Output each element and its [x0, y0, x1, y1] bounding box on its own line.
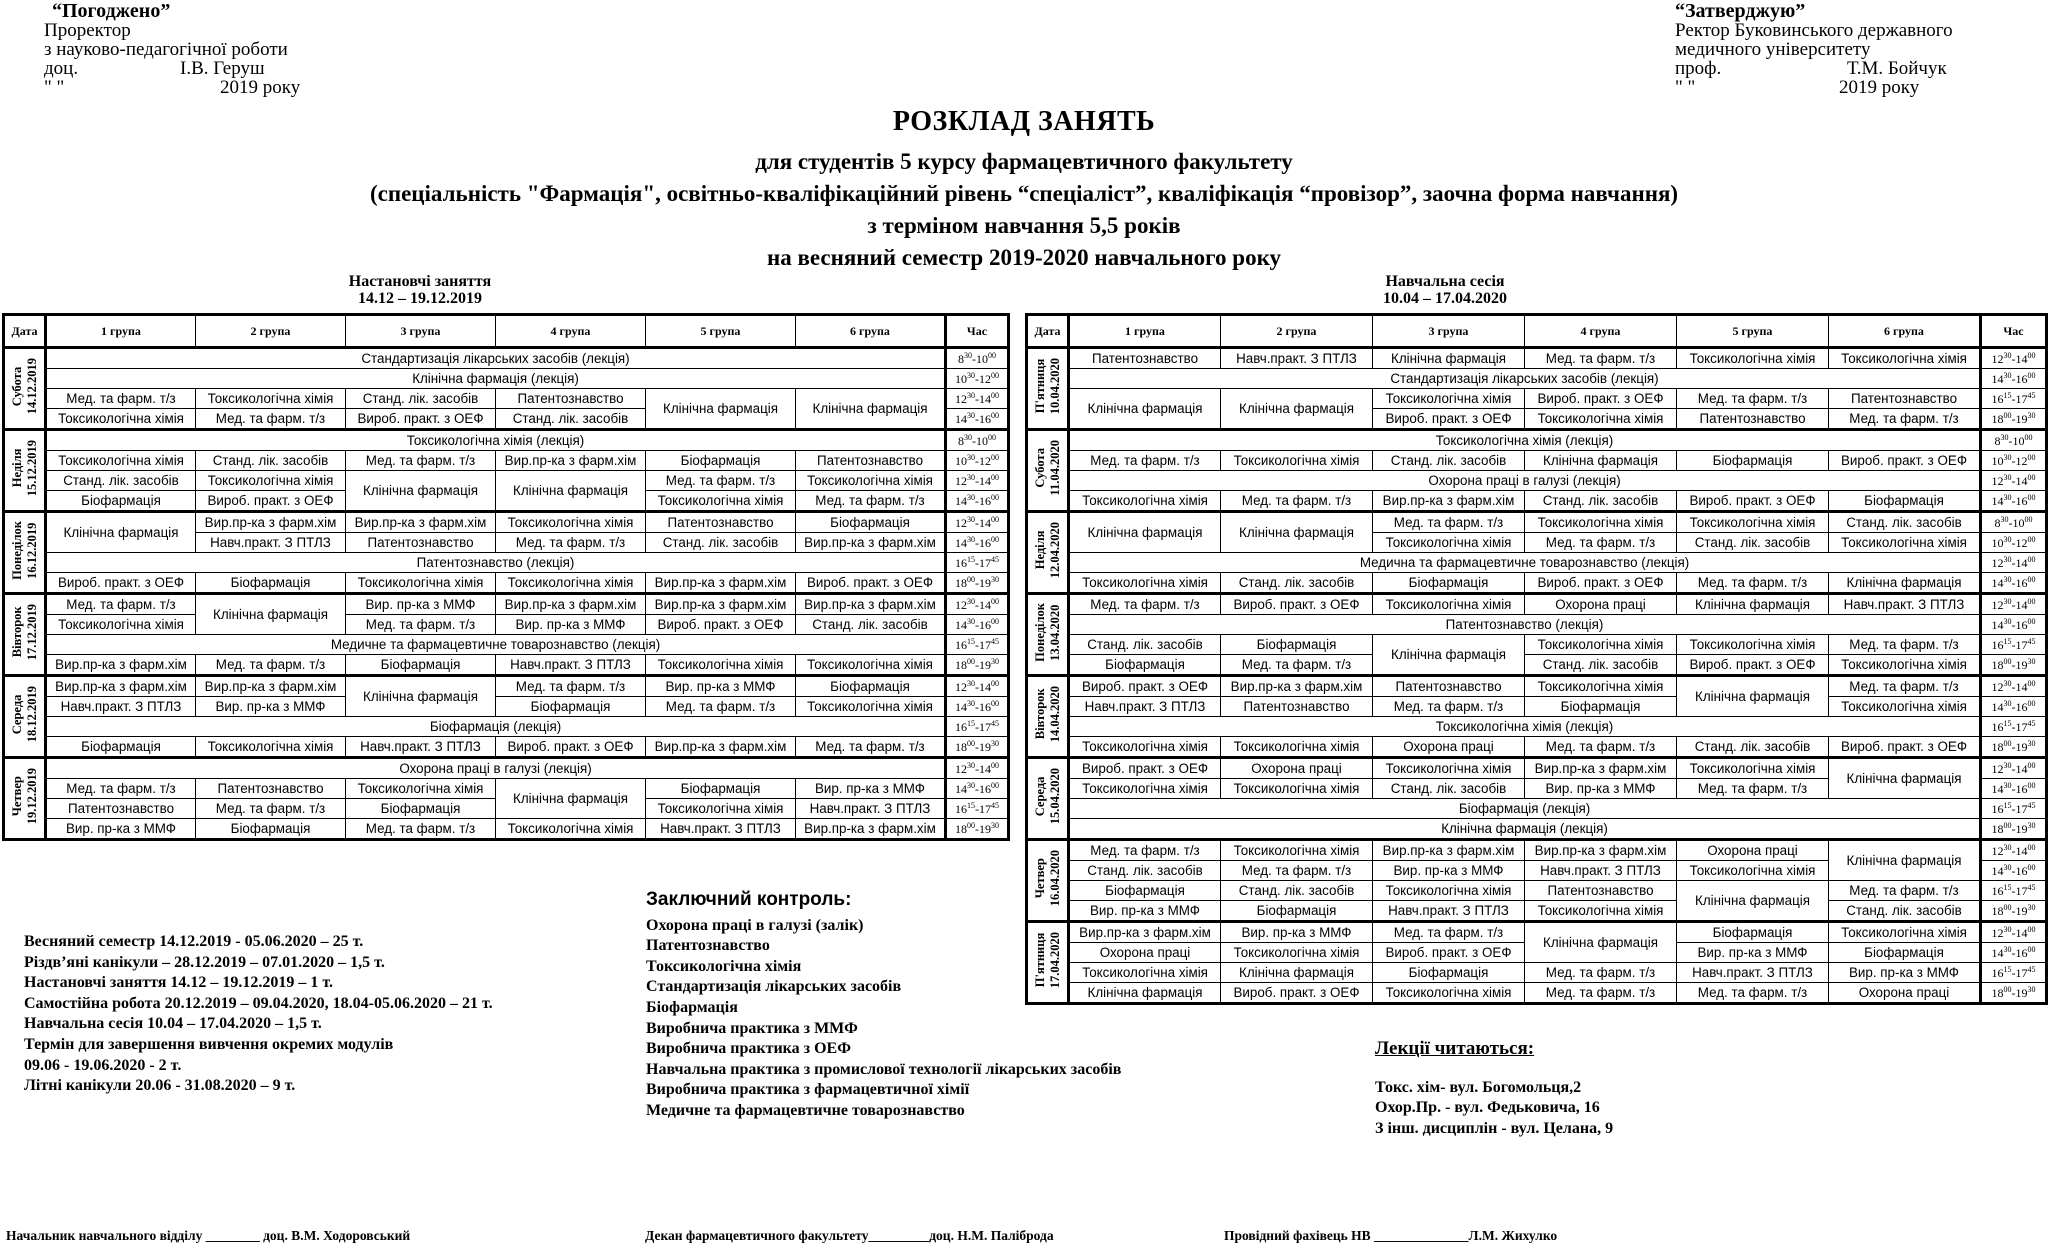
- class-cell: Мед. та фарм. т/з: [1829, 881, 1981, 901]
- day-date-cell: Неділя15.12.2019: [4, 430, 46, 512]
- class-cell: Патентознавство: [1373, 676, 1525, 697]
- class-cell: Вир. пр-ка з ММФ: [796, 779, 946, 799]
- table-row: Вир. пр-ка з ММФБіофармаціяНавч.практ. З…: [1027, 901, 2047, 922]
- class-cell: Станд. лік. засобів: [346, 389, 496, 409]
- lecture-locations-title: Лекції читаються:: [1375, 1039, 1613, 1060]
- class-cell: Навч.практ. З ПТЛЗ: [46, 697, 196, 717]
- class-cell: Вир. пр-ка з ММФ: [1829, 963, 1981, 983]
- class-cell: Мед. та фарм. т/з: [1525, 348, 1677, 369]
- approval-block-left: “Погоджено” Проректор з науково-педагогі…: [44, 2, 300, 97]
- class-cell: Навч.практ. З ПТЛЗ: [346, 737, 496, 758]
- time-cell: 1615-1745: [1981, 389, 2047, 409]
- schedule-name: Навчальна сесія: [1345, 273, 1545, 290]
- class-cell: Токсикологічна хімія: [1677, 635, 1829, 655]
- class-cell: Біофармація: [796, 512, 946, 533]
- table-row: Середа18.12.2019Вир.пр-ка з фарм.хімВир.…: [4, 676, 1009, 697]
- class-cell: Токсикологічна хімія: [796, 471, 946, 491]
- class-cell: Мед. та фарм. т/з: [1525, 737, 1677, 758]
- table-row: Навч.практ. З ПТЛЗВир. пр-ка з ММФБіофар…: [4, 697, 1009, 717]
- day-label: Понеділок16.12.2019: [10, 521, 40, 580]
- time-cell: 1430-1600: [1981, 615, 2047, 635]
- class-cell: Токсикологічна хімія: [1829, 655, 1981, 676]
- class-cell: Мед. та фарм. т/з: [196, 655, 346, 676]
- class-cell: Охорона праці: [1525, 594, 1677, 615]
- class-cell: Вироб. практ. з ОЕФ: [346, 409, 496, 430]
- summary-line: Самостійна робота 20.12.2019 – 09.04.202…: [24, 994, 493, 1015]
- class-cell: Клінічна фармація: [646, 389, 796, 430]
- class-cell: Клінічна фармація: [1221, 512, 1373, 553]
- class-cell: Вир. пр-ка з ММФ: [196, 697, 346, 717]
- class-cell: Вир.пр-ка з фарм.хім: [46, 655, 196, 676]
- class-cell: Навч.практ. З ПТЛЗ: [1677, 963, 1829, 983]
- table-row: Токсикологічна хіміяСтанд. лік. засобівБ…: [1027, 573, 2047, 594]
- class-cell: Вир.пр-ка з фарм.хім: [1525, 758, 1677, 779]
- approval-left-date: " ": [44, 78, 220, 97]
- class-cell: Вир.пр-ка з фарм.хім: [196, 676, 346, 697]
- class-cell: Мед. та фарм. т/з: [346, 615, 496, 635]
- lecture-cell: Охорона праці в галузі (лекція): [46, 758, 946, 779]
- time-cell: 1230-1400: [1981, 471, 2047, 491]
- class-cell: Токсикологічна хімія: [646, 491, 796, 512]
- signature-specialist: Провідний фахівець НВ ______________Л.М.…: [1224, 1228, 1557, 1244]
- class-cell: Мед. та фарм. т/з: [646, 697, 796, 717]
- time-cell: 830-1000: [946, 348, 1009, 369]
- table-row: Станд. лік. засобівТоксикологічна хіміяК…: [4, 471, 1009, 491]
- class-cell: Вир.пр-ка з фарм.хім: [346, 512, 496, 533]
- class-cell: Вироб. практ. з ОЕФ: [1525, 389, 1677, 409]
- class-cell: Станд. лік. засобів: [796, 615, 946, 635]
- class-cell: Навч.практ. З ПТЛЗ: [496, 655, 646, 676]
- table-row: Мед. та фарм. т/зПатентознавствоТоксикол…: [4, 779, 1009, 799]
- class-cell: Станд. лік. засобів: [1677, 737, 1829, 758]
- class-cell: Токсикологічна хімія: [1829, 348, 1981, 369]
- class-cell: Станд. лік. засобів: [1373, 451, 1525, 471]
- class-cell: Біофармація: [796, 676, 946, 697]
- class-cell: Вир.пр-ка з фарм.хім: [46, 676, 196, 697]
- signature-head-of-dept: Начальник навчального відділу ________ д…: [6, 1228, 410, 1244]
- class-cell: Біофармація: [1677, 922, 1829, 943]
- approval-right-rank: проф.: [1675, 59, 1847, 78]
- class-cell: Токсикологічна хімія: [1829, 922, 1981, 943]
- class-cell: Навч.практ. З ПТЛЗ: [796, 799, 946, 819]
- table-row: Біофармація (лекція)1615-1745: [4, 717, 1009, 737]
- table-row: Медичне та фармацевтичне товарознавство …: [4, 635, 1009, 655]
- day-date-cell: Середа18.12.2019: [4, 676, 46, 758]
- lecture-cell: Токсикологічна хімія (лекція): [46, 430, 946, 451]
- day-label: Середа15.04.2020: [1033, 768, 1063, 824]
- class-cell: Станд. лік. засобів: [46, 471, 196, 491]
- day-date-cell: Вівторок14.04.2020: [1027, 676, 1069, 758]
- class-cell: Клінічна фармація: [1069, 512, 1221, 553]
- class-cell: Вир. пр-ка з ММФ: [346, 594, 496, 615]
- column-header: Час: [946, 315, 1009, 348]
- approval-left-line: з науково-педагогічної роботи: [44, 40, 300, 59]
- day-date-cell: Субота14.12.2019: [4, 348, 46, 430]
- time-cell: 1230-1400: [946, 594, 1009, 615]
- class-cell: Навч.практ. З ПТЛЗ: [1069, 697, 1221, 717]
- class-cell: Токсикологічна хімія: [1373, 533, 1525, 553]
- class-cell: Біофармація: [1221, 901, 1373, 922]
- final-control-item: Навчальна практика з промислової техноло…: [646, 1060, 1121, 1081]
- time-cell: 1230-1400: [946, 512, 1009, 533]
- day-label: Вівторок17.12.2019: [10, 604, 40, 660]
- class-cell: Навч.практ. З ПТЛЗ: [1373, 901, 1525, 922]
- class-cell: Станд. лік. засобів: [1525, 655, 1677, 676]
- time-cell: 1030-1200: [946, 451, 1009, 471]
- subtitle-line: для студентів 5 курсу фармацевтичного фа…: [0, 146, 2048, 178]
- time-cell: 1430-1600: [1981, 491, 2047, 512]
- approval-right-name: Т.М. Бойчук: [1847, 59, 1947, 78]
- approval-right-date: " ": [1675, 78, 1839, 97]
- table-row: П'ятниця17.04.2020Вир.пр-ка з фарм.хімВи…: [1027, 922, 2047, 943]
- class-cell: Охорона праці: [1677, 840, 1829, 861]
- class-cell: Вир.пр-ка з фарм.хім: [496, 451, 646, 471]
- class-cell: Патентознавство: [646, 512, 796, 533]
- class-cell: Токсикологічна хімія: [496, 573, 646, 594]
- time-cell: 1430-1600: [946, 779, 1009, 799]
- class-cell: Біофармація: [346, 655, 496, 676]
- class-cell: Мед. та фарм. т/з: [1069, 840, 1221, 861]
- time-cell: 1800-1930: [1981, 737, 2047, 758]
- class-cell: Вир.пр-ка з фарм.хім: [796, 819, 946, 840]
- class-cell: Клінічна фармація: [1525, 451, 1677, 471]
- class-cell: Вироб. практ. з ОЕФ: [796, 573, 946, 594]
- class-cell: Токсикологічна хімія: [1525, 901, 1677, 922]
- column-header: 3 група: [1373, 315, 1525, 348]
- approval-right-title: “Затверджую”: [1675, 2, 1953, 21]
- column-header: Дата: [4, 315, 46, 348]
- time-cell: 1615-1745: [946, 717, 1009, 737]
- table-row: Вівторок17.12.2019Мед. та фарм. т/зКліні…: [4, 594, 1009, 615]
- table-row: Токсикологічна хіміяКлінічна фармаціяБіо…: [1027, 963, 2047, 983]
- class-cell: Мед. та фарм. т/з: [1829, 635, 1981, 655]
- class-cell: Вироб. практ. з ОЕФ: [1069, 758, 1221, 779]
- class-cell: Біофармація: [1829, 491, 1981, 512]
- lecture-location: Токс. хім- вул. Богомольця,2: [1375, 1078, 1613, 1099]
- time-cell: 1615-1745: [1981, 881, 2047, 901]
- time-cell: 1615-1745: [1981, 717, 2047, 737]
- table-row: Токсикологічна хіміяТоксикологічна хімія…: [1027, 737, 2047, 758]
- time-cell: 1430-1600: [1981, 369, 2047, 389]
- time-cell: 1430-1600: [946, 697, 1009, 717]
- class-cell: Біофармація: [646, 451, 796, 471]
- class-cell: Мед. та фарм. т/з: [1069, 451, 1221, 471]
- approval-right-line: медичного університету: [1675, 40, 1953, 59]
- schedule-period: 10.04 – 17.04.2020: [1345, 290, 1545, 307]
- class-cell: Біофармація: [1677, 451, 1829, 471]
- class-cell: Станд. лік. засобів: [496, 409, 646, 430]
- time-cell: 1430-1600: [1981, 779, 2047, 799]
- table-row: Клінічна фармація (лекція)1030-1200: [4, 369, 1009, 389]
- class-cell: Біофармація: [46, 737, 196, 758]
- class-cell: Мед. та фарм. т/з: [46, 779, 196, 799]
- class-cell: Патентознавство: [1069, 348, 1221, 369]
- class-cell: Станд. лік. засобів: [1525, 491, 1677, 512]
- table-row: БіофармаціяТоксикологічна хіміяНавч.прак…: [4, 737, 1009, 758]
- class-cell: Токсикологічна хімія: [196, 737, 346, 758]
- class-cell: Токсикологічна хімія: [1221, 737, 1373, 758]
- time-cell: 830-1000: [1981, 512, 2047, 533]
- class-cell: Охорона праці: [1221, 758, 1373, 779]
- time-cell: 1030-1200: [1981, 533, 2047, 553]
- final-control-item: Виробнича практика з фармацевтичної хімі…: [646, 1080, 1121, 1101]
- class-cell: Мед. та фарм. т/з: [46, 389, 196, 409]
- lecture-cell: Біофармація (лекція): [46, 717, 946, 737]
- class-cell: Токсикологічна хімія: [646, 655, 796, 676]
- class-cell: Вир. пр-ка з ММФ: [1677, 943, 1829, 963]
- class-cell: Біофармація: [46, 491, 196, 512]
- class-cell: Патентознавство: [1677, 409, 1829, 430]
- final-control-title: Заключний контроль:: [646, 890, 1121, 911]
- class-cell: Токсикологічна хімія: [1373, 881, 1525, 901]
- class-cell: Токсикологічна хімія: [1525, 676, 1677, 697]
- class-cell: Токсикологічна хімія: [1829, 697, 1981, 717]
- time-cell: 1800-1930: [1981, 655, 2047, 676]
- class-cell: Вир.пр-ка з фарм.хім: [796, 533, 946, 553]
- time-cell: 1430-1600: [1981, 573, 2047, 594]
- final-control-item: Стандартизація лікарських засобів: [646, 977, 1121, 998]
- time-cell: 1615-1745: [946, 553, 1009, 573]
- class-cell: Вир.пр-ка з фарм.хім: [1221, 676, 1373, 697]
- header-row: Дата1 група2 група3 група4 група5 група6…: [4, 315, 1009, 348]
- day-label: Четвер19.12.2019: [10, 768, 40, 824]
- schedule-period: 14.12 – 19.12.2019: [320, 290, 520, 307]
- class-cell: Клінічна фармація: [1677, 881, 1829, 922]
- class-cell: Клінічна фармація: [1069, 389, 1221, 430]
- time-cell: 1800-1930: [946, 737, 1009, 758]
- time-cell: 1230-1400: [1981, 922, 2047, 943]
- column-header: 5 група: [1677, 315, 1829, 348]
- class-cell: Клінічна фармація: [1221, 389, 1373, 430]
- class-cell: Патентознавство: [1221, 697, 1373, 717]
- class-cell: Вир.пр-ка з фарм.хім: [1525, 840, 1677, 861]
- time-cell: 1430-1600: [946, 615, 1009, 635]
- class-cell: Станд. лік. засобів: [1677, 533, 1829, 553]
- table-row: Субота14.12.2019Стандартизація лікарськи…: [4, 348, 1009, 369]
- table-row: Токсикологічна хіміяМед. та фарм. т/зВир…: [4, 615, 1009, 635]
- class-cell: Токсикологічна хімія: [1373, 983, 1525, 1004]
- table-row: БіофармаціяМед. та фарм. т/зСтанд. лік. …: [1027, 655, 2047, 676]
- class-cell: Клінічна фармація: [496, 779, 646, 819]
- lecture-cell: Медичне та фармацевтичне товарознавство …: [46, 635, 946, 655]
- table-row: Медична та фармацевтичне товарознавство …: [1027, 553, 2047, 573]
- day-date-cell: Четвер19.12.2019: [4, 758, 46, 840]
- approval-left-line: Проректор: [44, 21, 300, 40]
- time-cell: 1030-1200: [946, 369, 1009, 389]
- lecture-cell: Стандартизація лікарських засобів (лекці…: [1069, 369, 1981, 389]
- class-cell: Мед. та фарм. т/з: [1373, 512, 1525, 533]
- class-cell: Біофармація: [496, 697, 646, 717]
- time-cell: 1430-1600: [946, 491, 1009, 512]
- day-label: Субота14.12.2019: [10, 358, 40, 414]
- table-row: Середа15.04.2020Вироб. практ. з ОЕФОхоро…: [1027, 758, 2047, 779]
- time-cell: 1800-1930: [946, 819, 1009, 840]
- schedule-heading-induction: Настановчі заняття 14.12 – 19.12.2019: [320, 273, 520, 307]
- schedule-table-session: Дата1 група2 група3 група4 група5 група6…: [1025, 313, 2048, 1005]
- class-cell: Токсикологічна хімія: [1069, 491, 1221, 512]
- table-row: Клінічна фармаціяКлінічна фармаціяТоксик…: [1027, 389, 2047, 409]
- class-cell: Станд. лік. засобів: [1221, 573, 1373, 594]
- class-cell: Токсикологічна хімія: [1525, 409, 1677, 430]
- time-cell: 1800-1930: [946, 573, 1009, 594]
- class-cell: Токсикологічна хімія: [1525, 512, 1677, 533]
- time-cell: 1230-1400: [1981, 758, 2047, 779]
- table-row: Токсикологічна хіміяМед. та фарм. т/зВир…: [1027, 491, 2047, 512]
- class-cell: Токсикологічна хімія: [1677, 861, 1829, 881]
- approval-left-title: “Погоджено”: [52, 2, 300, 21]
- approval-left-rank: доц.: [44, 59, 180, 78]
- class-cell: Навч.практ. З ПТЛЗ: [646, 819, 796, 840]
- class-cell: Станд. лік. засобів: [646, 533, 796, 553]
- approval-left-name: І.В. Геруш: [180, 59, 265, 78]
- table-row: Патентознавство (лекція)1615-1745: [4, 553, 1009, 573]
- table-row: Вир. пр-ка з ММФБіофармаціяМед. та фарм.…: [4, 819, 1009, 840]
- class-cell: Токсикологічна хімія: [1069, 737, 1221, 758]
- subtitle-line: (спеціальність "Фармація", освітньо-квал…: [0, 178, 2048, 210]
- class-cell: Охорона праці: [1829, 983, 1981, 1004]
- class-cell: Станд. лік. засобів: [1373, 779, 1525, 799]
- class-cell: Вир.пр-ка з фарм.хім: [646, 573, 796, 594]
- class-cell: Токсикологічна хімія: [196, 471, 346, 491]
- class-cell: Вироб. практ. з ОЕФ: [1373, 409, 1525, 430]
- class-cell: Мед. та фарм. т/з: [496, 676, 646, 697]
- lecture-cell: Клінічна фармація (лекція): [46, 369, 946, 389]
- class-cell: Патентознавство: [796, 451, 946, 471]
- column-header: 5 група: [646, 315, 796, 348]
- time-cell: 1800-1930: [946, 655, 1009, 676]
- class-cell: Токсикологічна хімія: [346, 779, 496, 799]
- class-cell: Токсикологічна хімія: [346, 573, 496, 594]
- day-date-cell: Неділя12.04.2020: [1027, 512, 1069, 594]
- table-row: Неділя12.04.2020Клінічна фармаціяКлінічн…: [1027, 512, 2047, 533]
- class-cell: Токсикологічна хімія: [46, 615, 196, 635]
- class-cell: Станд. лік. засобів: [1829, 901, 1981, 922]
- class-cell: Токсикологічна хімія: [1373, 389, 1525, 409]
- table-row: Мед. та фарм. т/зТоксикологічна хіміяСта…: [4, 389, 1009, 409]
- day-label: Субота11.04.2020: [1033, 440, 1063, 496]
- column-header: 6 група: [1829, 315, 1981, 348]
- class-cell: Мед. та фарм. т/з: [796, 737, 946, 758]
- class-cell: Клінічна фармація: [496, 471, 646, 512]
- class-cell: Вир. пр-ка з ММФ: [1525, 779, 1677, 799]
- class-cell: Вир.пр-ка з фарм.хім: [196, 512, 346, 533]
- class-cell: Токсикологічна хімія: [1221, 451, 1373, 471]
- class-cell: Клінічна фармація: [1221, 963, 1373, 983]
- class-cell: Мед. та фарм. т/з: [346, 819, 496, 840]
- lecture-cell: Медична та фармацевтичне товарознавство …: [1069, 553, 1981, 573]
- table-row: Клінічна фармація (лекція)1800-1930: [1027, 819, 2047, 840]
- time-cell: 1615-1745: [946, 635, 1009, 655]
- class-cell: Патентознавство: [196, 779, 346, 799]
- table-row: БіофармаціяСтанд. лік. засобівТоксиколог…: [1027, 881, 2047, 901]
- day-date-cell: Понеділок13.04.2020: [1027, 594, 1069, 676]
- class-cell: Вир. пр-ка з ММФ: [646, 676, 796, 697]
- class-cell: Токсикологічна хімія: [1525, 635, 1677, 655]
- time-cell: 1615-1745: [946, 799, 1009, 819]
- class-cell: Токсикологічна хімія: [1069, 779, 1221, 799]
- time-cell: 1230-1400: [946, 389, 1009, 409]
- summary-line: Термін для завершення вивчення окремих м…: [24, 1035, 493, 1056]
- class-cell: Мед. та фарм. т/з: [1221, 491, 1373, 512]
- class-cell: Вироб. практ. з ОЕФ: [1221, 594, 1373, 615]
- lecture-cell: Токсикологічна хімія (лекція): [1069, 717, 1981, 737]
- class-cell: Мед. та фарм. т/з: [46, 594, 196, 615]
- lecture-cell: Патентознавство (лекція): [46, 553, 946, 573]
- lecture-location: З інш. дисциплін - вул. Целана, 9: [1375, 1119, 1613, 1140]
- class-cell: Клінічна фармація: [1829, 840, 1981, 881]
- class-cell: Токсикологічна хімія: [196, 389, 346, 409]
- table-row: Понеділок16.12.2019Клінічна фармаціяВир.…: [4, 512, 1009, 533]
- table-row: Біофармація (лекція)1615-1745: [1027, 799, 2047, 819]
- class-cell: Мед. та фарм. т/з: [1373, 697, 1525, 717]
- column-header: Час: [1981, 315, 2047, 348]
- lecture-cell: Стандартизація лікарських засобів (лекці…: [46, 348, 946, 369]
- class-cell: Вироб. практ. з ОЕФ: [1221, 983, 1373, 1004]
- table-row: Стандартизація лікарських засобів (лекці…: [1027, 369, 2047, 389]
- class-cell: Мед. та фарм. т/з: [1677, 389, 1829, 409]
- class-cell: Мед. та фарм. т/з: [1829, 409, 1981, 430]
- class-cell: Біофармація: [1069, 655, 1221, 676]
- column-header: 6 група: [796, 315, 946, 348]
- day-date-cell: Понеділок16.12.2019: [4, 512, 46, 594]
- table-row: Четвер19.12.2019Охорона праці в галузі (…: [4, 758, 1009, 779]
- table-row: Понеділок13.04.2020Мед. та фарм. т/зВиро…: [1027, 594, 2047, 615]
- day-label: Вівторок14.04.2020: [1033, 686, 1063, 742]
- schedule-table-induction: Дата1 група2 група3 група4 група5 група6…: [2, 313, 1010, 841]
- page-subtitle-block: для студентів 5 курсу фармацевтичного фа…: [0, 146, 2048, 274]
- summary-line: Літні канікули 20.06 - 31.08.2020 – 9 т.: [24, 1076, 493, 1097]
- class-cell: Мед. та фарм. т/з: [1525, 963, 1677, 983]
- class-cell: Клінічна фармація: [196, 594, 346, 635]
- time-cell: 1230-1400: [1981, 594, 2047, 615]
- class-cell: Клінічна фармація: [1829, 758, 1981, 799]
- class-cell: Токсикологічна хімія: [646, 799, 796, 819]
- class-cell: Вироб. практ. з ОЕФ: [196, 491, 346, 512]
- class-cell: Біофармація: [1525, 697, 1677, 717]
- class-cell: Клінічна фармація: [346, 676, 496, 717]
- time-cell: 830-1000: [1981, 430, 2047, 451]
- class-cell: Мед. та фарм. т/з: [1069, 594, 1221, 615]
- table-row: Мед. та фарм. т/зТоксикологічна хіміяСта…: [1027, 451, 2047, 471]
- class-cell: Клінічна фармація: [1677, 676, 1829, 717]
- class-cell: Вир. пр-ка з ММФ: [496, 615, 646, 635]
- class-cell: Вироб. практ. з ОЕФ: [496, 737, 646, 758]
- day-label: Середа18.12.2019: [10, 686, 40, 742]
- final-control-item: Виробнича практика з ОЕФ: [646, 1039, 1121, 1060]
- subtitle-line: на весняний семестр 2019-2020 навчальног…: [0, 242, 2048, 274]
- final-control: Заключний контроль: Охорона праці в галу…: [646, 890, 1121, 1122]
- class-cell: Мед. та фарм. т/з: [1221, 861, 1373, 881]
- class-cell: Клінічна фармація: [796, 389, 946, 430]
- table-row: П'ятниця10.04.2020ПатентознавствоНавч.пр…: [1027, 348, 2047, 369]
- approval-block-right: “Затверджую” Ректор Буковинського держав…: [1675, 2, 1953, 97]
- class-cell: Токсикологічна хімія: [1677, 758, 1829, 779]
- subtitle-line: з терміном навчання 5,5 років: [0, 210, 2048, 242]
- class-cell: Станд. лік. засобів: [1221, 881, 1373, 901]
- class-cell: Навч.практ. З ПТЛЗ: [196, 533, 346, 553]
- summary-line: Навчальна сесія 10.04 – 17.04.2020 – 1,5…: [24, 1014, 493, 1035]
- class-cell: Клінічна фармація: [46, 512, 196, 553]
- class-cell: Клінічна фармація: [346, 471, 496, 512]
- time-cell: 1230-1400: [946, 758, 1009, 779]
- class-cell: Вироб. практ. з ОЕФ: [1525, 573, 1677, 594]
- time-cell: 1800-1930: [1981, 819, 2047, 840]
- day-date-cell: Середа15.04.2020: [1027, 758, 1069, 840]
- summary-line: Весняний семестр 14.12.2019 - 05.06.2020…: [24, 932, 493, 953]
- lecture-cell: Патентознавство (лекція): [1069, 615, 1981, 635]
- class-cell: Вироб. практ. з ОЕФ: [1677, 491, 1829, 512]
- class-cell: Станд. лік. засобів: [1829, 512, 1981, 533]
